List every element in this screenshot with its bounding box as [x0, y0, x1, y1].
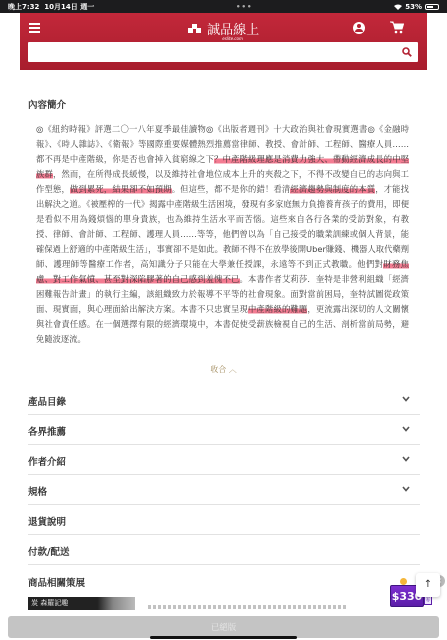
accordion-label: 規格	[28, 484, 47, 498]
curation-banner[interactable]: 炭 森羅記趣	[28, 597, 135, 610]
status-right: 53%	[394, 3, 439, 11]
description-highlight: 做到累死，結果卻不如預期	[70, 184, 172, 194]
wifi-icon	[394, 4, 402, 10]
collapse-button[interactable]: 收合 ︿	[0, 364, 447, 375]
accordion-label: 各界推薦	[28, 424, 66, 438]
cart-icon[interactable]	[390, 21, 404, 34]
logo-mark-icon	[188, 24, 202, 33]
chevron-down-icon	[402, 396, 410, 402]
accordion-product-toc[interactable]: 產品目錄	[28, 385, 420, 415]
accordion-label: 作者介紹	[28, 454, 66, 468]
status-time: 晚上7:32 10月14日 週一	[8, 2, 94, 12]
accordion-recommendations[interactable]: 各界推薦	[28, 415, 420, 445]
logo[interactable]: 誠品線上 eslite.com	[188, 18, 259, 41]
coin-icon	[400, 578, 407, 585]
accordion-label: 付款/配送	[28, 544, 69, 558]
accordion-label: 產品目錄	[28, 394, 66, 408]
description-highlight: 中產階級的難題	[248, 304, 307, 314]
description-highlight: 經濟趨勢與制度的本質	[290, 184, 375, 194]
out-of-print-button[interactable]: 已絕版	[8, 616, 439, 638]
battery-icon	[425, 4, 439, 10]
back-to-top-button[interactable]: ↑	[416, 573, 440, 597]
search-icon[interactable]	[402, 47, 412, 57]
search-input[interactable]	[28, 44, 388, 64]
status-bar: 晚上7:32 10月14日 週一 ••• 53%	[0, 0, 447, 13]
accordion-specs[interactable]: 規格	[28, 475, 420, 505]
chevron-down-icon	[402, 456, 410, 462]
accordion-returns[interactable]: 退貨說明	[28, 505, 420, 535]
description-title: 內容簡介	[28, 97, 66, 111]
search-bar	[28, 42, 418, 62]
accordion-label: 退貨說明	[28, 514, 66, 528]
curation-title: 商品相關策展	[28, 575, 85, 589]
site-header: 誠品線上 eslite.com	[20, 13, 427, 70]
battery-percent: 53%	[405, 3, 422, 11]
home-indicator	[150, 636, 297, 639]
description-text: ◎《紐約時報》評選二〇一八年夏季最佳讀物◎《出版者週刊》十大政治與社會現實選書◎…	[36, 122, 409, 347]
description-segment: ，才能找出解決之道。《被壓榨的一代》揭露中產階級生活困境，發現有多家庭無力負擔養…	[36, 184, 409, 269]
menu-icon[interactable]	[29, 23, 40, 33]
description-segment: 。但這些，都不是你的錯！看清	[172, 184, 291, 194]
accordion-payment-shipping[interactable]: 付款/配送	[28, 535, 420, 565]
accordion-author[interactable]: 作者介紹	[28, 445, 420, 475]
curation-caption	[148, 605, 348, 609]
chevron-down-icon	[402, 486, 410, 492]
chevron-down-icon	[402, 426, 410, 432]
account-icon[interactable]	[353, 22, 365, 34]
multitask-dots[interactable]: •••	[236, 3, 252, 11]
